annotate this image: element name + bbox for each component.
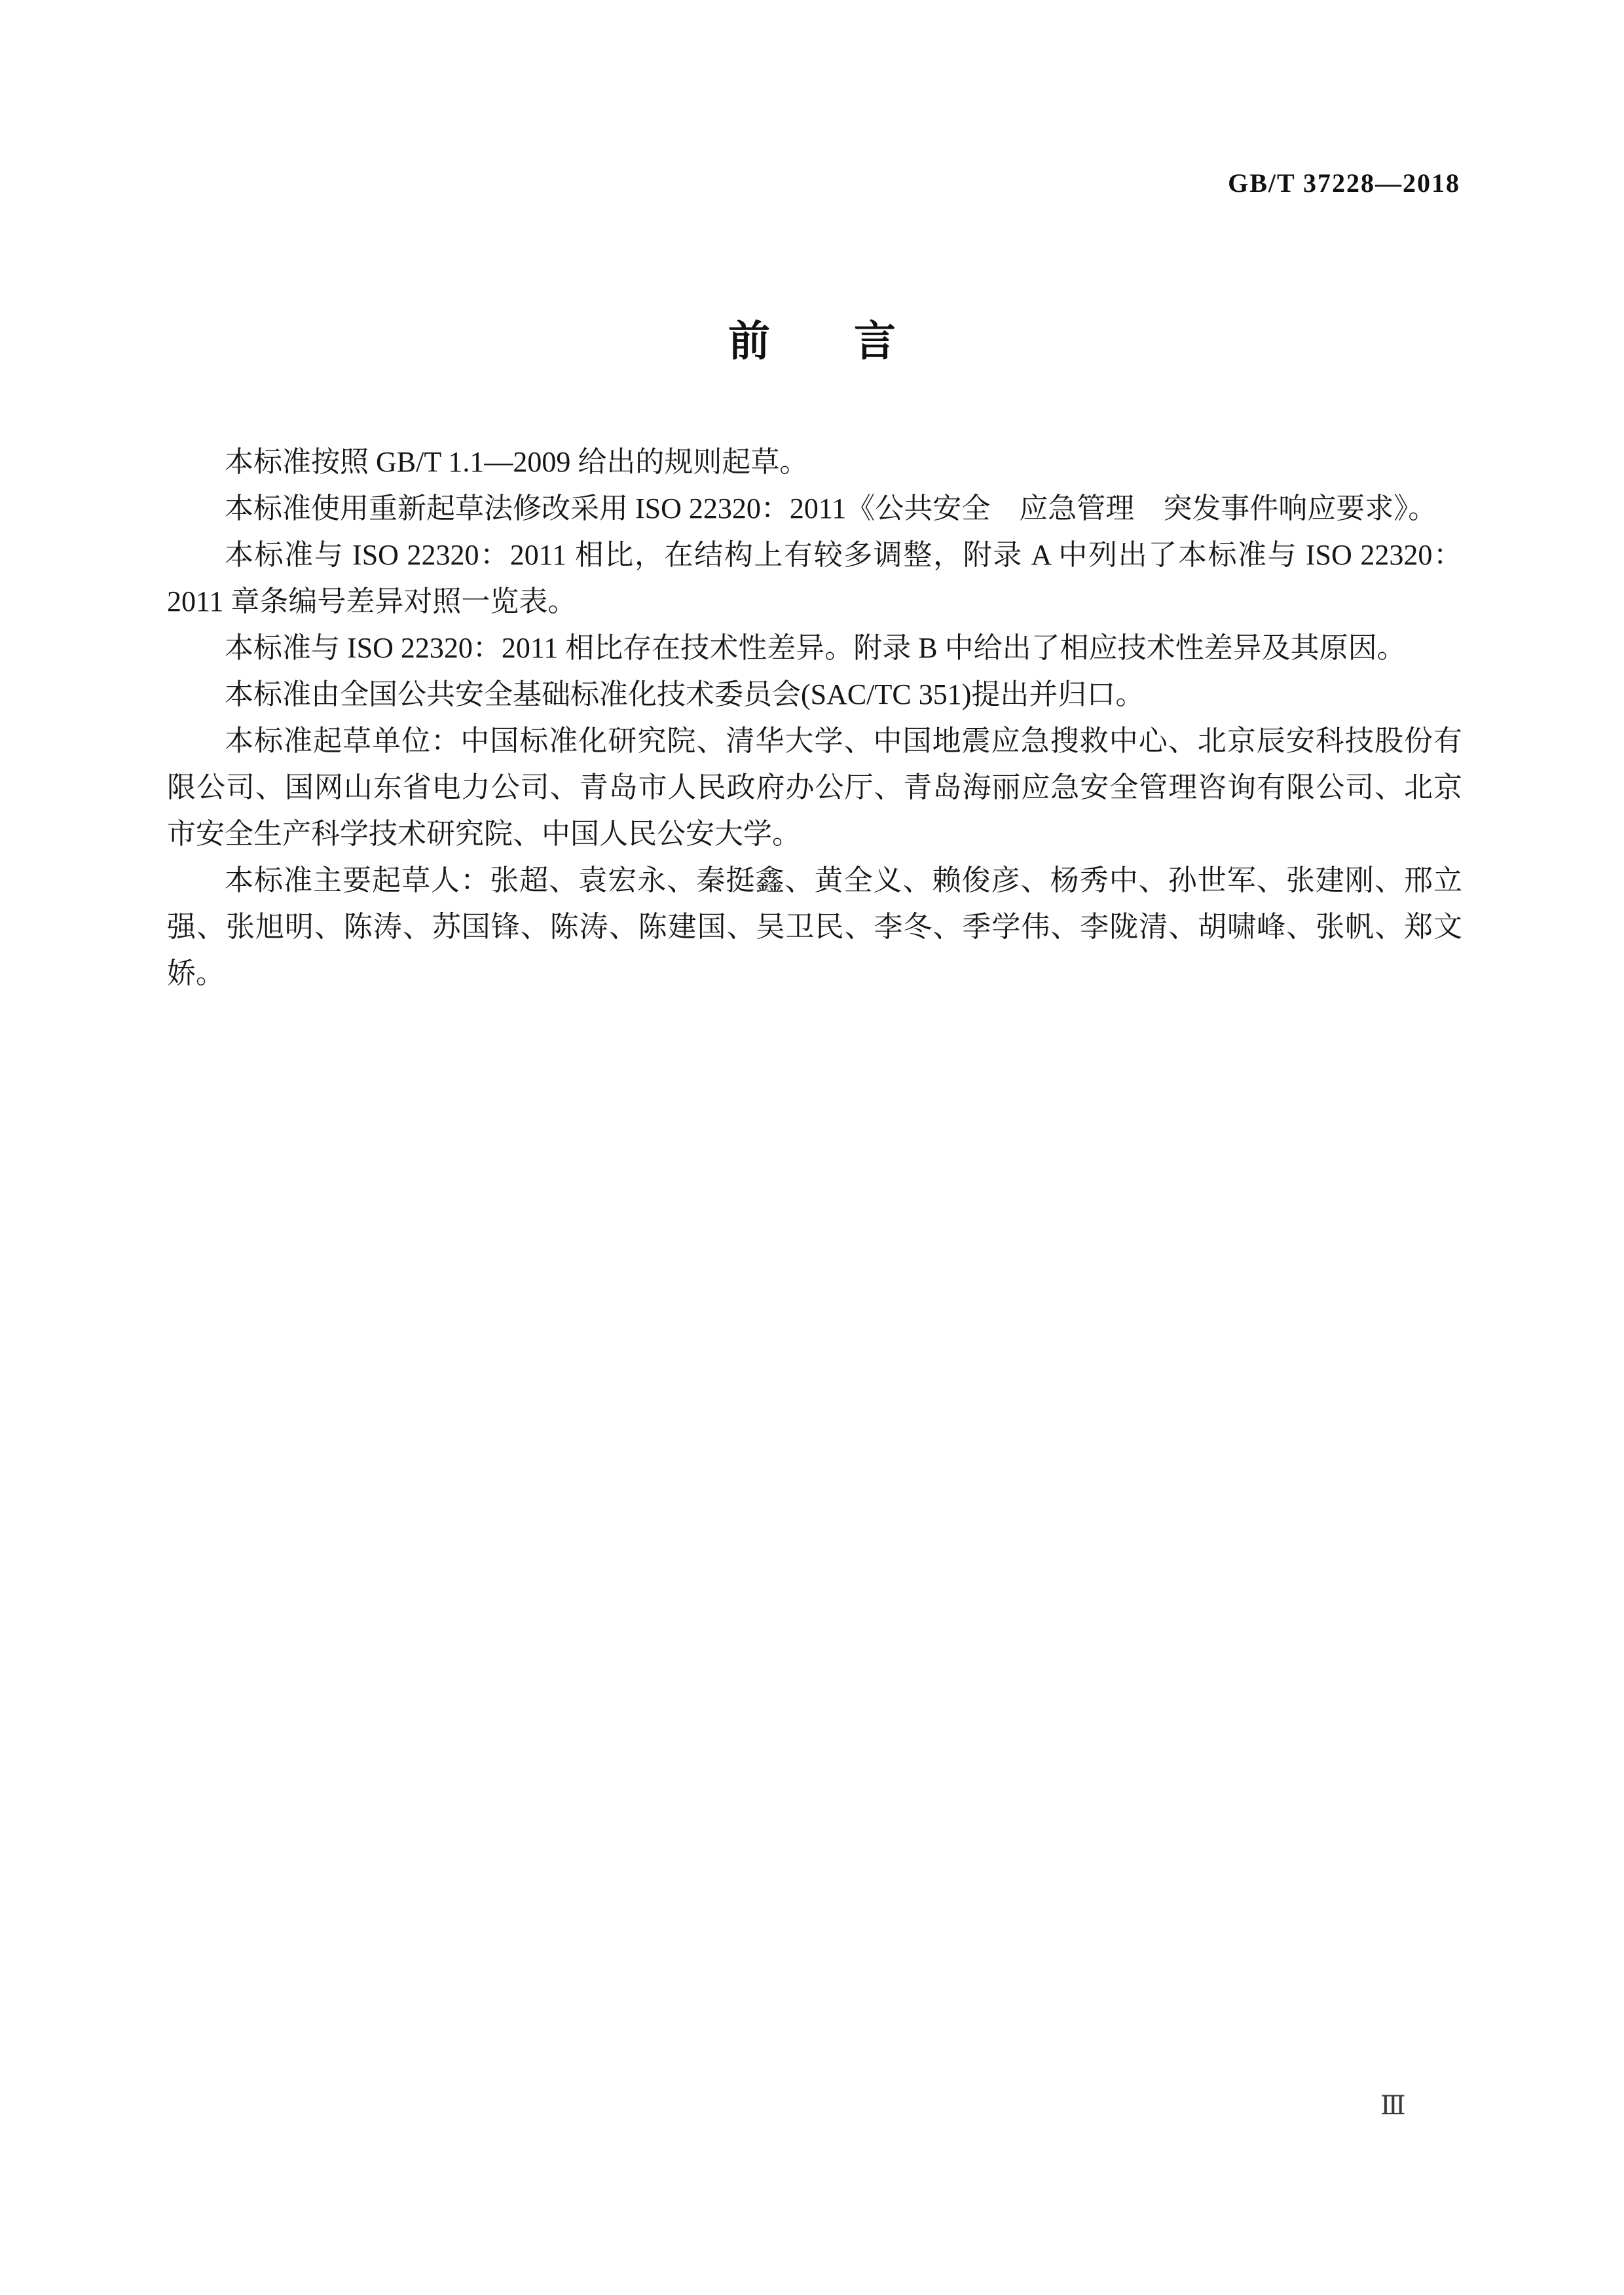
paragraph-technical-differences: 本标准与 ISO 22320：2011 相比存在技术性差异。附录 B 中给出了相… (167, 625, 1462, 671)
paragraph-drafters: 本标准主要起草人：张超、袁宏永、秦挺鑫、黄全义、赖俊彦、杨秀中、孙世军、张建刚、… (167, 857, 1462, 997)
paragraph-committee: 本标准由全国公共安全基础标准化技术委员会(SAC/TC 351)提出并归口。 (167, 671, 1462, 718)
document-page: GB/T 37228—2018 前 言 本标准按照 GB/T 1.1—2009 … (0, 0, 1624, 2295)
standard-number-header: GB/T 37228—2018 (167, 168, 1460, 198)
paragraph-iso-adoption: 本标准使用重新起草法修改采用 ISO 22320：2011《公共安全 应急管理 … (167, 485, 1462, 532)
foreword-body: 本标准按照 GB/T 1.1—2009 给出的规则起草。 本标准使用重新起草法修… (167, 439, 1462, 997)
paragraph-drafting-organizations: 本标准起草单位：中国标准化研究院、清华大学、中国地震应急搜救中心、北京辰安科技股… (167, 718, 1462, 857)
page-number: Ⅲ (1380, 2090, 1406, 2121)
paragraph-drafting-rules: 本标准按照 GB/T 1.1—2009 给出的规则起草。 (167, 439, 1462, 485)
foreword-title: 前 言 (0, 308, 1624, 368)
paragraph-structure-differences: 本标准与 ISO 22320：2011 相比，在结构上有较多调整，附录 A 中列… (167, 532, 1462, 625)
